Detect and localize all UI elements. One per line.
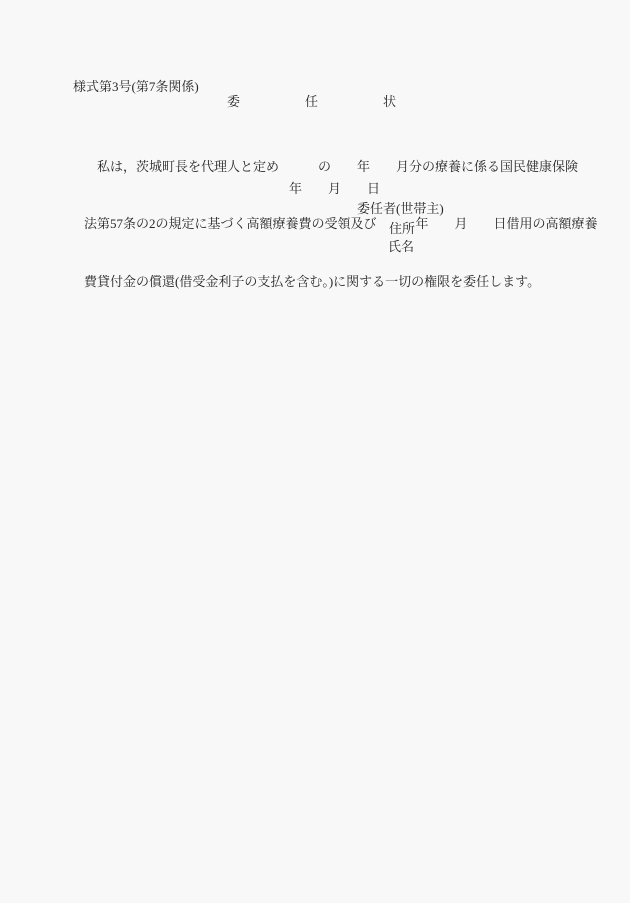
form-number: 様式第3号(第7条関係) [73,77,199,96]
proxy-form-page: 様式第3号(第7条関係) 委任状 私は，茨城町長を代理人と定め の 年 月分の療… [0,0,630,903]
body-line-3: 費貸付金の償還(借受金利子の支払を含む。)に関する一切の権限を委任します。 [84,272,594,291]
date-blank-line: 年 月 日 [289,179,380,198]
name-label: 氏名 [388,237,414,256]
body-line-2: 法第57条の2の規定に基づく高額療養費の受領及び 年 月 日借用の高額療養 [84,214,594,233]
delegator-label: 委任者(世帯主) [357,199,444,218]
body-line-1: 私は，茨城町長を代理人と定め の 年 月分の療養に係る国民健康保険 [84,157,594,176]
address-label: 住所 [389,219,415,238]
document-title: 委任状 [227,92,461,111]
body-paragraph: 私は，茨城町長を代理人と定め の 年 月分の療養に係る国民健康保険 法第57条の… [84,119,594,329]
